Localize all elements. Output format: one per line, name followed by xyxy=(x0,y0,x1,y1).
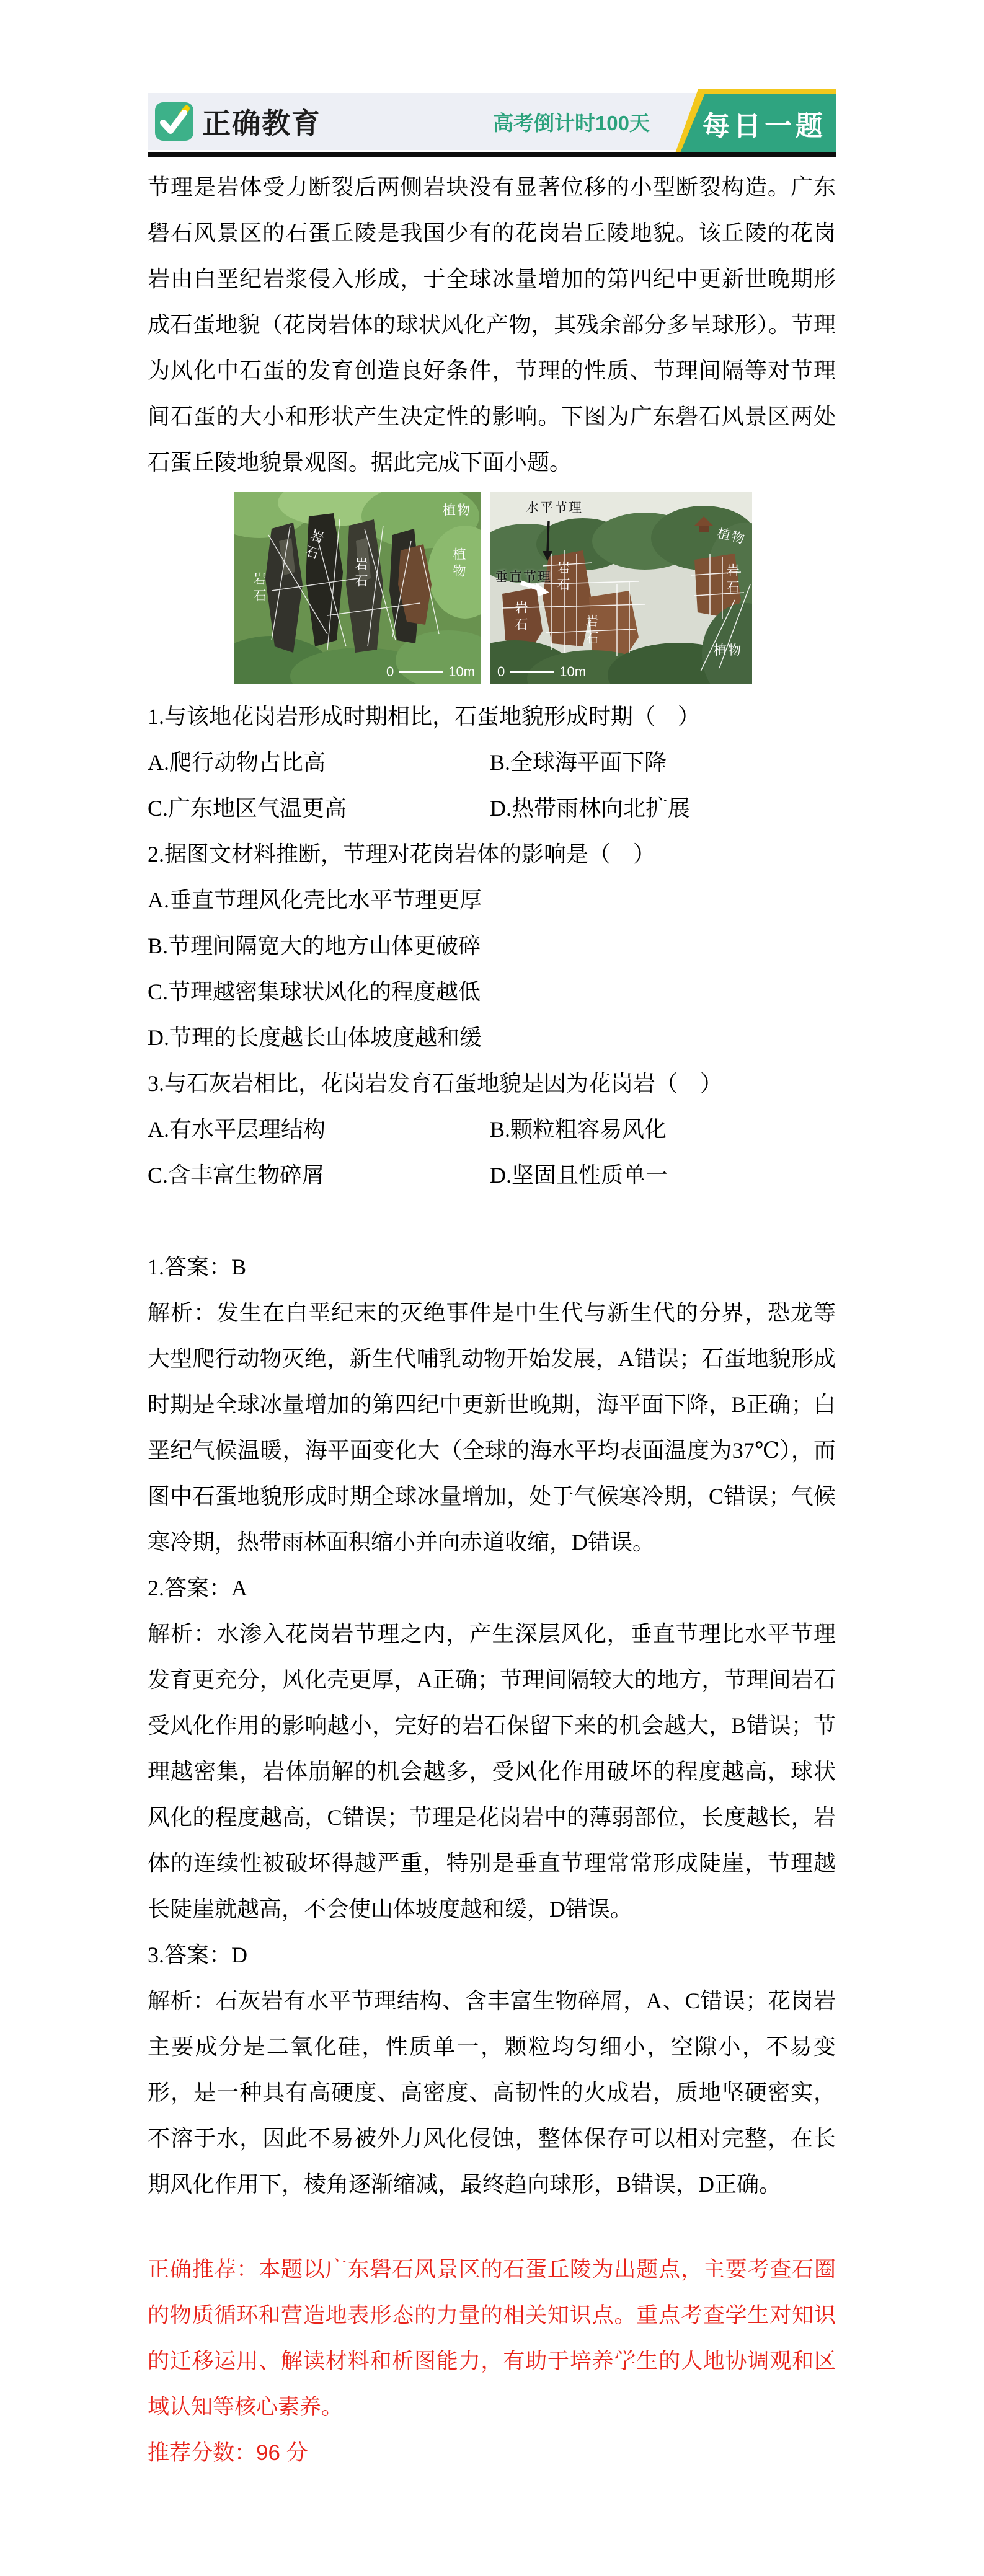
brand-logo: 正确教育 xyxy=(155,101,321,142)
question-3: 3.与石灰岩相比，花岗岩发育石蛋地貌是因为花岗岩（ ） A.有水平层理结构 B.… xyxy=(148,1061,836,1198)
photo-right: 水平节理 垂直节理 岩石 岩石 岩石 岩石 植物 植物 0 10m xyxy=(490,492,752,684)
photo-right-art xyxy=(490,492,752,684)
left-rock-label-b: 岩石 xyxy=(351,557,370,591)
answer-1-analysis: 解析：发生在白垩纪末的灭绝事件是中生代与新生代的分界，恐龙等大型爬行动物灭绝，新… xyxy=(148,1290,836,1565)
right-rock-label-3: 岩石 xyxy=(582,614,600,648)
question-1: 1.与该地花岗岩形成时期相比，石蛋地貌形成时期（ ） A.爬行动物占比高 B.全… xyxy=(148,694,836,831)
check-icon xyxy=(155,102,193,141)
question-3-options: A.有水平层理结构 B.颗粒粗容易风化 C.含丰富生物碎屑 D.坚固且性质单一 xyxy=(148,1106,836,1198)
option-c: C.广东地区气温更高 xyxy=(148,785,490,831)
question-2: 2.据图文材料推断，节理对花岗岩体的影响是（ ） A.垂直节理风化壳比水平节理更… xyxy=(148,831,836,1061)
right-rock-label-4: 岩石 xyxy=(722,563,741,597)
question-1-options: A.爬行动物占比高 B.全球海平面下降 C.广东地区气温更高 D.热带雨林向北扩… xyxy=(148,739,836,831)
gaokao-countdown: 高考倒计时100天 xyxy=(493,107,650,136)
answer-1-label: 1.答案：B xyxy=(148,1244,836,1290)
answer-3: 3.答案：D 解析：石灰岩有水平节理结构、含丰富生物碎屑，A、C错误；花岗岩主要… xyxy=(148,1932,836,2207)
horizontal-joint-label: 水平节理 xyxy=(526,498,583,516)
left-scale-bar: 0 10m xyxy=(386,664,475,680)
page: 正确教育 高考倒计时100天 每日一题 节理是岩体受力断裂后两侧岩块没有显著位移… xyxy=(148,93,836,2476)
option-b: B.颗粒粗容易风化 xyxy=(490,1106,836,1152)
option-b: B.全球海平面下降 xyxy=(490,739,836,785)
question-2-stem: 2.据图文材料推断，节理对花岗岩体的影响是（ ） xyxy=(148,831,836,877)
right-rock-label-2: 岩石 xyxy=(511,601,530,634)
option-c: C.含丰富生物碎屑 xyxy=(148,1152,490,1198)
recommendation-text: 正确推荐：本题以广东礐石风景区的石蛋丘陵为出题点，主要考查石圈的物质循环和营造地… xyxy=(148,2247,836,2430)
answer-1: 1.答案：B 解析：发生在白垩纪末的灭绝事件是中生代与新生代的分界，恐龙等大型爬… xyxy=(148,1244,836,1565)
banner-label: 每日一题 xyxy=(703,104,827,143)
option-a: A.垂直节理风化壳比水平节理更厚 xyxy=(148,877,836,923)
option-d: D.坚固且性质单一 xyxy=(490,1152,836,1198)
answer-3-analysis: 解析：石灰岩有水平节理结构、含丰富生物碎屑，A、C错误；花岗岩主要成分是二氧化硅… xyxy=(148,1978,836,2207)
header-bar: 正确教育 高考倒计时100天 每日一题 xyxy=(148,93,836,150)
answer-2-analysis: 解析：水渗入花岗岩节理之内，产生深层风化，垂直节理比水平节理发育更充分，风化壳更… xyxy=(148,1611,836,1932)
scale-zero: 0 xyxy=(497,664,505,680)
answer-2: 2.答案：A 解析：水渗入花岗岩节理之内，产生深层风化，垂直节理比水平节理发育更… xyxy=(148,1565,836,1932)
recommendation-score: 推荐分数：96 分 xyxy=(148,2430,836,2476)
left-rock-label-c: 岩石 xyxy=(249,572,268,606)
answer-3-label: 3.答案：D xyxy=(148,1932,836,1978)
header-divider xyxy=(148,152,836,157)
answer-2-label: 2.答案：A xyxy=(148,1565,836,1611)
question-3-stem: 3.与石灰岩相比，花岗岩发育石蛋地貌是因为花岗岩（ ） xyxy=(148,1061,836,1106)
option-a: A.有水平层理结构 xyxy=(148,1106,490,1152)
option-d: D.节理的长度越长山体坡度越和缓 xyxy=(148,1015,836,1061)
option-d: D.热带雨林向北扩展 xyxy=(490,785,836,831)
photo-left: 植物 岩石 岩石 岩石 植物 0 10m xyxy=(234,492,481,684)
option-c: C.节理越密集球状风化的程度越低 xyxy=(148,969,836,1015)
vertical-joint-label: 垂直节理 xyxy=(495,567,552,586)
scale-length: 10m xyxy=(448,664,475,680)
option-b: B.节理间隔宽大的地方山体更破碎 xyxy=(148,923,836,969)
scale-line xyxy=(399,671,443,673)
daily-question-banner: 每日一题 xyxy=(672,89,836,152)
recommendation: 正确推荐：本题以广东礐石风景区的石蛋丘陵为出题点，主要考查石圈的物质循环和营造地… xyxy=(148,2247,836,2476)
brand-name: 正确教育 xyxy=(202,101,321,142)
passage-text: 节理是岩体受力断裂后两侧岩块没有显著位移的小型断裂构造。广东礐石风景区的石蛋丘陵… xyxy=(148,164,836,485)
left-plant-label-top: 植物 xyxy=(443,500,471,519)
figure: 植物 岩石 岩石 岩石 植物 0 10m xyxy=(234,492,836,684)
right-rock-label-1: 岩石 xyxy=(553,561,572,594)
left-plant-label-side: 植物 xyxy=(449,547,468,581)
right-plant-label-bottom: 植物 xyxy=(714,640,742,659)
scale-zero: 0 xyxy=(386,664,394,680)
question-1-stem: 1.与该地花岗岩形成时期相比，石蛋地貌形成时期（ ） xyxy=(148,694,836,739)
scale-line xyxy=(510,671,554,673)
scale-length: 10m xyxy=(559,664,586,680)
right-scale-bar: 0 10m xyxy=(497,664,586,680)
option-a: A.爬行动物占比高 xyxy=(148,739,490,785)
